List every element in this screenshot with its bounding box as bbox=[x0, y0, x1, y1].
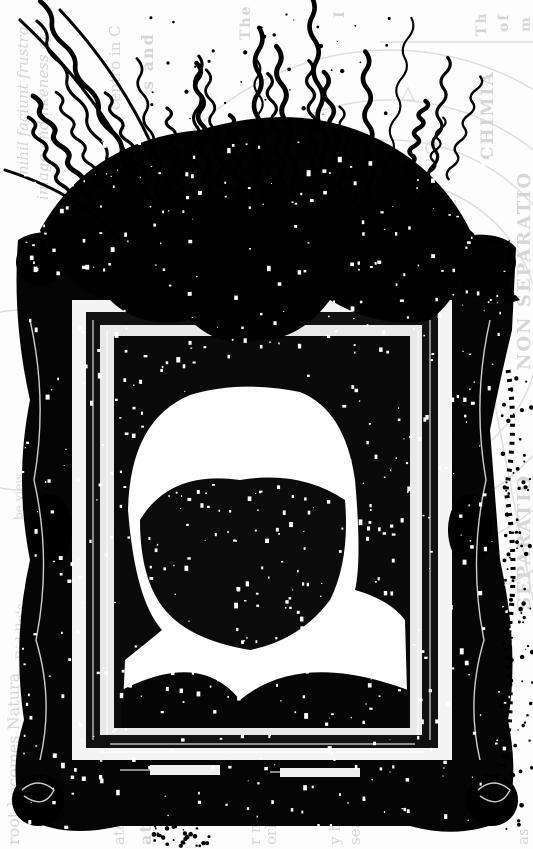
artwork-canvas: nihil faciunt frustra image and likeness… bbox=[0, 0, 533, 849]
framed-portrait-artwork bbox=[0, 0, 533, 849]
